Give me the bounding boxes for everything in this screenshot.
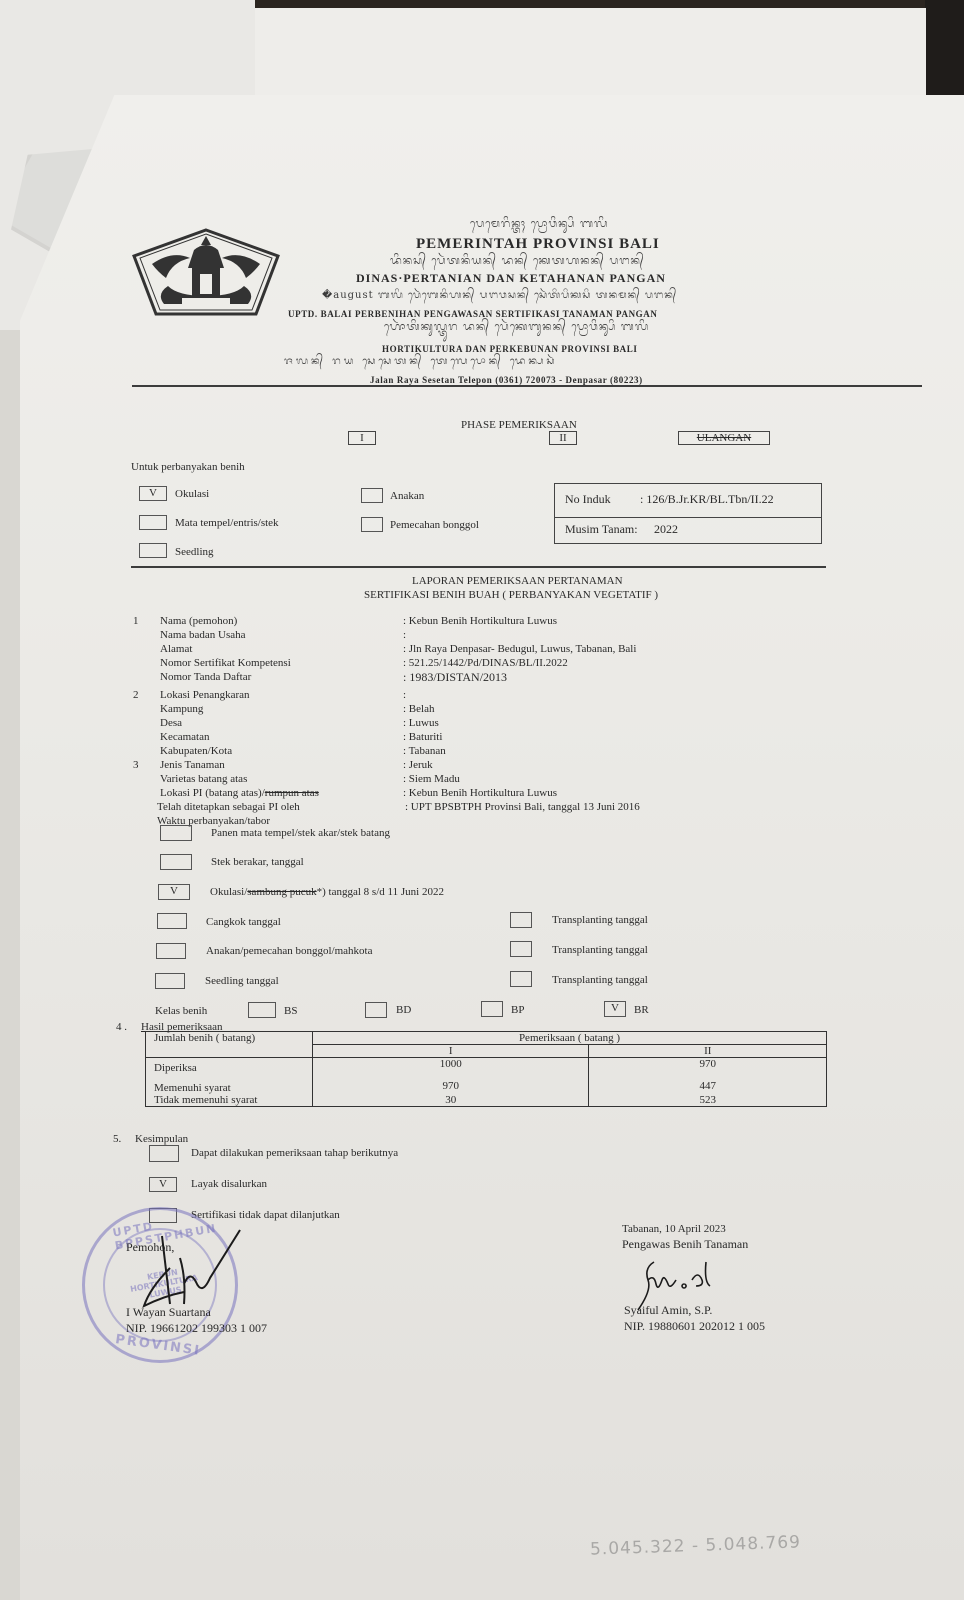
field-label: Kecamatan — [160, 731, 209, 743]
field-number: 2 — [133, 689, 139, 701]
field-value: : Jeruk — [403, 759, 433, 771]
report-title-1: LAPORAN PEMERIKSAAN PERTANAMAN — [412, 575, 623, 587]
kesimpulan-option-label: Layak disalurkan — [191, 1178, 267, 1190]
field-label: Desa — [160, 717, 182, 729]
cell-value: 1000 — [313, 1058, 589, 1075]
field-value: : 521.25/1442/Pd/DINAS/BL/II.2022 — [403, 657, 568, 669]
field-label: Lokasi PI (batang atas)/rumpun atas — [160, 787, 319, 799]
transplanting-label: Transplanting tanggal — [552, 914, 648, 926]
balinese-script-line: ᬤᬶᬦᬲ᭄ ᬧᬾᬃᬢᬦᬶᬬᬦ᭄ ᬤᬦ᭄ ᬓᬾᬢᬳᬦᬦ᭄ ᬧᬗᬦ᭄ — [390, 255, 645, 267]
field-value: : Belah — [403, 703, 434, 715]
checkbox-anakan-pemecahan[interactable] — [156, 943, 186, 959]
field-label: Nama badan Usaha — [160, 629, 246, 641]
signatory-left-name: I Wayan Suartana — [126, 1306, 211, 1318]
label-part: *) tanggal 8 s/d 11 Juni 2022 — [317, 886, 444, 898]
field-value: : Kebun Benih Hortikultura Luwus — [403, 615, 557, 627]
option-label: Pemecahan bonggol — [390, 519, 479, 531]
kelas-option-label: BD — [396, 1004, 411, 1016]
no-induk-label: No Induk — [565, 493, 611, 505]
field-label: Telah ditetapkan sebagai PI oleh — [157, 801, 300, 813]
section-number: 4 . — [116, 1021, 127, 1033]
waktu-label: Panen mata tempel/stek akar/stek batang — [211, 827, 390, 839]
row-label: Memenuhi syarat — [146, 1074, 313, 1094]
kelas-option-label: BR — [634, 1004, 649, 1016]
option-label: Mata tempel/entris/stek — [175, 517, 279, 529]
table-row: Tidak memenuhi syarat 30 523 — [146, 1094, 827, 1107]
waktu-label: Okulasi/sambung pucuk*) tanggal 8 s/d 11… — [210, 886, 444, 898]
letterhead-unit-2: HORTIKULTURA DAN PERKEBUNAN PROVINSI BAL… — [382, 343, 638, 355]
checkbox-transplanting-1[interactable] — [510, 912, 532, 928]
checkbox-kelas-bp[interactable] — [481, 1001, 503, 1017]
waktu-label: Anakan/pemecahan bonggol/mahkota — [206, 945, 372, 957]
checkbox-stek-berakar[interactable] — [160, 854, 192, 870]
label-part: Okulasi/ — [210, 886, 247, 898]
field-value: : 1983/DISTAN/2013 — [403, 671, 507, 683]
field-value: : Baturiti — [403, 731, 442, 743]
checkbox-mata-tempel[interactable] — [139, 515, 167, 530]
signatory-right-nip: NIP. 19880601 202012 1 005 — [624, 1320, 765, 1332]
cell-value: 970 — [313, 1074, 589, 1094]
table-row: Memenuhi syarat 970 447 — [146, 1074, 827, 1094]
sub-header: II — [589, 1045, 827, 1058]
no-induk-value: : 126/B.Jr.KR/BL.Tbn/II.22 — [640, 493, 774, 505]
checkbox-pemecahan-bonggol[interactable] — [361, 517, 383, 532]
field-value: : Kebun Benih Hortikultura Luwus — [403, 787, 557, 799]
balinese-script-line: ᬚᬮᬦ᭄ ᬭᬬ ᬲᬾᬲᬾᬢᬦ᭄ ᬢᬾᬮᬾᬧᭀᬦ᭄ ᬤᬾᬦ᭄ᬧᬲᬃ — [284, 356, 557, 368]
background-object — [925, 0, 964, 100]
field-label: Kabupaten/Kota — [160, 745, 232, 757]
letterhead-divider — [132, 385, 922, 387]
checkbox-anakan[interactable] — [361, 488, 383, 503]
checkbox-transplanting-3[interactable] — [510, 971, 532, 987]
checkbox-okulasi-date[interactable]: V — [158, 884, 190, 900]
checkbox-layak-disalurkan[interactable]: V — [149, 1177, 177, 1192]
sub-header: I — [313, 1045, 589, 1058]
field-value: : — [403, 689, 406, 701]
cell-value: 30 — [313, 1094, 589, 1107]
kelas-option-label: BP — [511, 1004, 524, 1016]
field-number: 1 — [133, 615, 139, 627]
option-label: Okulasi — [175, 488, 209, 500]
option-label: Anakan — [390, 490, 424, 502]
letterhead-unit: UPTD. BALAI PERBENIHAN PENGAWASAN SERTIF… — [288, 308, 657, 320]
field-value: : Tabanan — [403, 745, 446, 757]
struck-text: sambung pucuk — [247, 886, 316, 898]
field-value: : Jln Raya Denpasar- Bedugul, Luwus, Tab… — [403, 643, 636, 655]
signatory-right-name: Syaiful Amin, S.P. — [624, 1304, 712, 1316]
sign-place-date: Tabanan, 10 April 2023 — [622, 1223, 726, 1235]
row-label: Tidak memenuhi syarat — [146, 1094, 313, 1107]
kelas-option-label: BS — [284, 1005, 297, 1017]
cell-value: 447 — [589, 1074, 827, 1094]
letterhead-department: DINAS·PERTANIAN DAN KETAHANAN PANGAN — [356, 272, 666, 284]
section-divider — [131, 566, 826, 568]
kesimpulan-label: Kesimpulan — [135, 1133, 188, 1145]
option-label: Seedling — [175, 546, 214, 558]
field-label: Nomor Tanda Daftar — [160, 671, 251, 683]
field-label: Nama (pemohon) — [160, 615, 237, 627]
checkbox-kelas-bs[interactable] — [248, 1002, 276, 1018]
waktu-label: Stek berakar, tanggal — [211, 856, 304, 868]
cell-value: 970 — [589, 1058, 827, 1075]
field-label: Lokasi Penangkaran — [160, 689, 250, 701]
checkbox-seedling-date[interactable] — [155, 973, 185, 989]
kesimpulan-option-label: Dapat dilakukan pemeriksaan tahap beriku… — [191, 1147, 398, 1159]
field-value: : — [403, 629, 406, 641]
field-value: : Siem Madu — [403, 773, 460, 785]
bali-province-emblem-icon — [132, 228, 280, 316]
field-label: Varietas batang atas — [160, 773, 247, 785]
checkbox-seedling[interactable] — [139, 543, 167, 558]
checkbox-cangkok[interactable] — [157, 913, 187, 929]
phase-option-2[interactable]: II — [549, 431, 577, 445]
checkbox-kelas-bd[interactable] — [365, 1002, 387, 1018]
phase-label: PHASE PEMERIKSAAN — [461, 419, 577, 431]
field-label: Alamat — [160, 643, 192, 655]
kelas-benih-label: Kelas benih — [155, 1005, 207, 1017]
checkbox-panen-mata-tempel[interactable] — [160, 825, 192, 841]
table-row: Diperiksa 1000 970 — [146, 1058, 827, 1075]
handwritten-note: 5.045.322 - 5.048.769 — [590, 1536, 801, 1555]
checkbox-transplanting-2[interactable] — [510, 941, 532, 957]
balinese-script-line: ᬧᬾᬫᬾᬭᬶᬦ᭄ᬢᬄ ᬧ᭄ᬭᭀᬯᬶᬦ᭄ᬲᬶ ᬩᬮᬶ — [470, 218, 608, 230]
transplanting-label: Transplanting tanggal — [552, 944, 648, 956]
field-label: Nomor Sertifikat Kompetensi — [160, 657, 291, 669]
checkbox-okulasi[interactable]: V — [139, 486, 167, 501]
field-label: Jenis Tanaman — [160, 759, 225, 771]
signatory-left-nip: NIP. 19661202 199303 1 007 — [126, 1322, 267, 1334]
underlying-sheet — [250, 8, 926, 100]
phase-option-1[interactable]: I — [348, 431, 376, 445]
section-number: 5. — [113, 1133, 121, 1145]
field-value: : UPT BPSBTPH Provinsi Bali, tanggal 13 … — [405, 801, 640, 813]
signatory-right-role: Pengawas Benih Tanaman — [622, 1238, 748, 1250]
checkbox-tahap-berikutnya[interactable] — [149, 1145, 179, 1162]
field-value: : Luwus — [403, 717, 439, 729]
struck-text: rumpun atas — [265, 787, 319, 799]
phase-option-ulangan[interactable]: ULANGAN — [678, 431, 770, 445]
group-header: Pemeriksaan ( batang ) — [313, 1032, 827, 1045]
balinese-script-line: ᬳᭀᬃᬢᬶᬓᬸᬮ᭄ᬢᬸᬭ ᬤᬦ᭄ ᬧᬾᬃᬓᬾᬩᬸᬦᬦ᭄ ᬧ᭄ᬭᭀᬯᬶᬦ᭄ᬲᬶ ᬩ… — [384, 321, 649, 333]
inspection-results-table: Jumlah benih ( batang) Pemeriksaan ( bat… — [145, 1031, 827, 1107]
balinese-script-line: �august ᬩᬮᬶ ᬧᬾᬃᬩᬾᬦᬶᬳᬦ᭄ ᬧᬗᬯᬲᬦ᭄ ᬲᬾᬃᬢᬶᬧᬶᬓᬲᬶ… — [322, 290, 677, 302]
checkbox-kelas-br[interactable]: V — [604, 1001, 626, 1017]
label-part: Lokasi PI (batang atas)/ — [160, 787, 265, 799]
musim-tanam-label: Musim Tanam: — [565, 523, 638, 535]
waktu-label: Cangkok tanggal — [206, 916, 281, 928]
row-label: Diperiksa — [146, 1058, 313, 1075]
field-number: 3 — [133, 759, 139, 771]
propagation-label: Untuk perbanyakan benih — [131, 461, 245, 473]
field-label: Kampung — [160, 703, 203, 715]
report-title-2: SERTIFIKASI BENIH BUAH ( PERBANYAKAN VEG… — [364, 589, 658, 601]
letterhead-title: PEMERINTAH PROVINSI BALI — [416, 238, 660, 250]
cell-value: 523 — [589, 1094, 827, 1107]
transplanting-label: Transplanting tanggal — [552, 974, 648, 986]
musim-tanam-value: 2022 — [654, 523, 678, 535]
col-header: Jumlah benih ( batang) — [146, 1032, 313, 1058]
waktu-label: Seedling tanggal — [205, 975, 279, 987]
